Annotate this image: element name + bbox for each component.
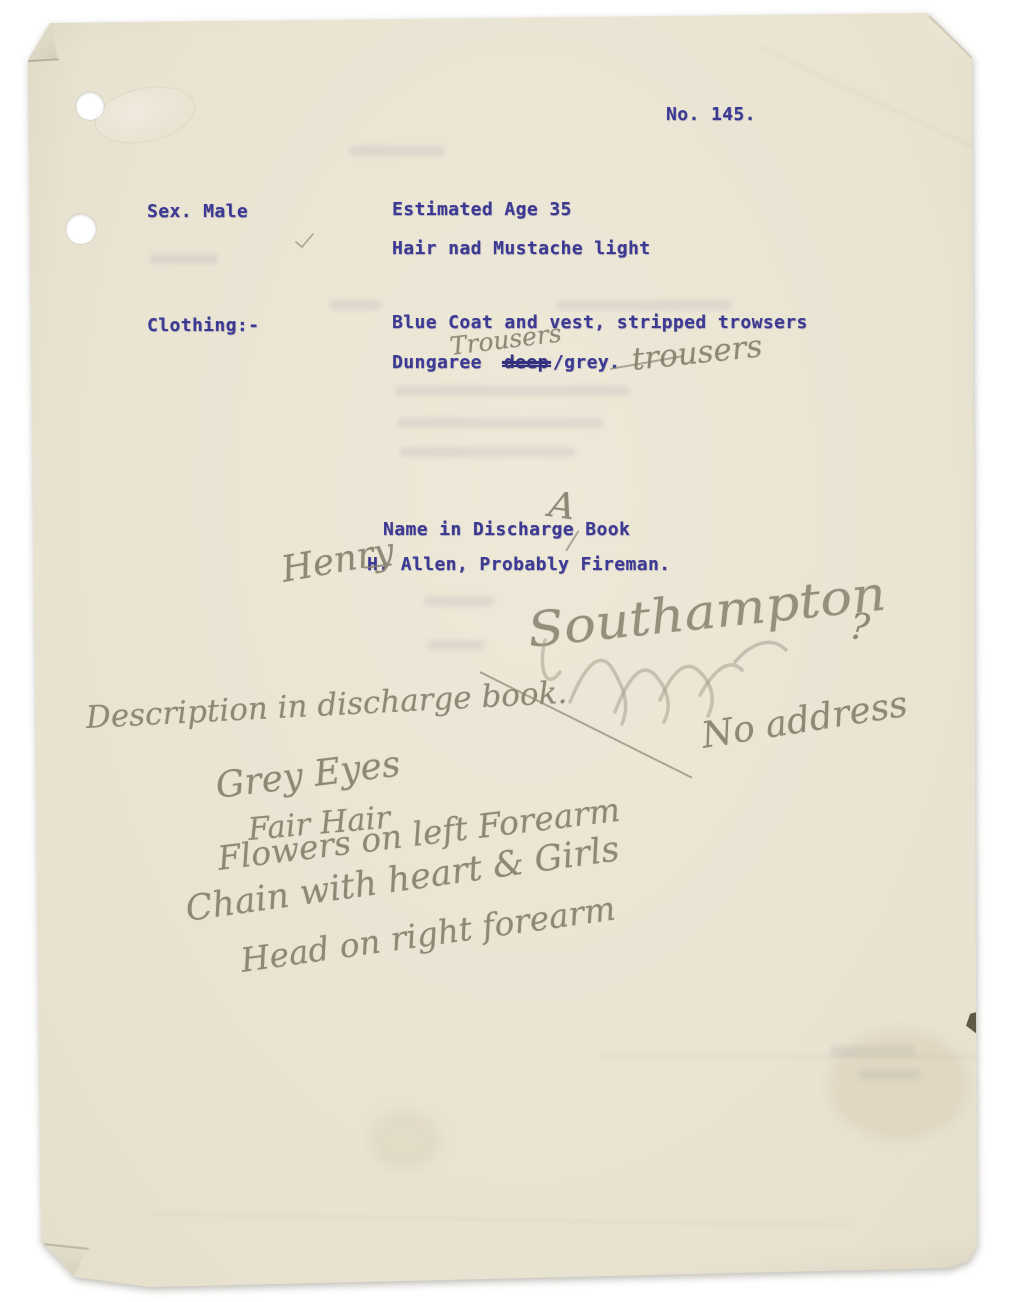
bleedthrough-smudge — [556, 300, 731, 310]
case-number: No. 145. — [666, 106, 756, 125]
sex-line: Sex. Male — [147, 203, 248, 222]
crease — [600, 1055, 980, 1058]
handwritten-trousers-after: trousers — [630, 330, 764, 376]
word-deep-struck: deep — [504, 352, 549, 373]
crease — [759, 46, 996, 159]
clothing-line-2: Dungareedeep/grey. — [392, 354, 620, 373]
clothing-label: Clothing:- — [147, 317, 259, 336]
name-line: H. Allen, Probably Fireman. — [367, 556, 670, 575]
bleedthrough-smudge — [395, 386, 630, 396]
pencil-tick — [296, 234, 313, 247]
embossed-stamp — [90, 78, 201, 152]
estimated-age-line: Estimated Age 35 — [392, 201, 572, 220]
bleedthrough-smudge — [330, 300, 382, 310]
handwritten-no-address: No address — [699, 686, 910, 756]
handwritten-southampton: Southampton — [525, 569, 888, 657]
stain — [828, 1030, 968, 1140]
corner-fold-top-left — [26, 21, 62, 63]
bleedthrough-smudge — [400, 447, 575, 457]
edge-notch-mark — [966, 1012, 977, 1034]
bleedthrough-smudge — [427, 640, 485, 650]
handwritten-grey-eyes: Grey Eyes — [214, 746, 403, 806]
paper-shadow: No. 145. Sex. Male Estimated Age 35 Hair… — [0, 0, 1012, 1302]
scanned-document: No. 145. Sex. Male Estimated Age 35 Hair… — [0, 0, 1012, 1302]
handwritten-insert-a: A — [546, 486, 577, 527]
crease — [150, 1212, 850, 1227]
hair-line: Hair nad Mustache light — [392, 240, 650, 259]
handwritten-description-heading: Description in discharge book. — [85, 677, 568, 735]
bleedthrough-smudge — [350, 146, 445, 156]
name-rest: Allen, Probably Fireman. — [401, 554, 671, 575]
bleedthrough-smudge — [424, 596, 494, 606]
bleedthrough-smudge — [398, 418, 603, 428]
corner-fold-top-left-crease — [28, 58, 59, 61]
handwritten-henry: Henry — [279, 533, 397, 590]
name-heading: Name in Discharge Book — [383, 521, 630, 540]
stain — [370, 1110, 440, 1170]
punch-hole-bottom — [66, 214, 96, 244]
handwritten-question-mark: ? — [848, 608, 871, 648]
bleedthrough-smudge — [150, 254, 218, 264]
paper-sheet: No. 145. Sex. Male Estimated Age 35 Hair… — [0, 0, 1012, 1302]
